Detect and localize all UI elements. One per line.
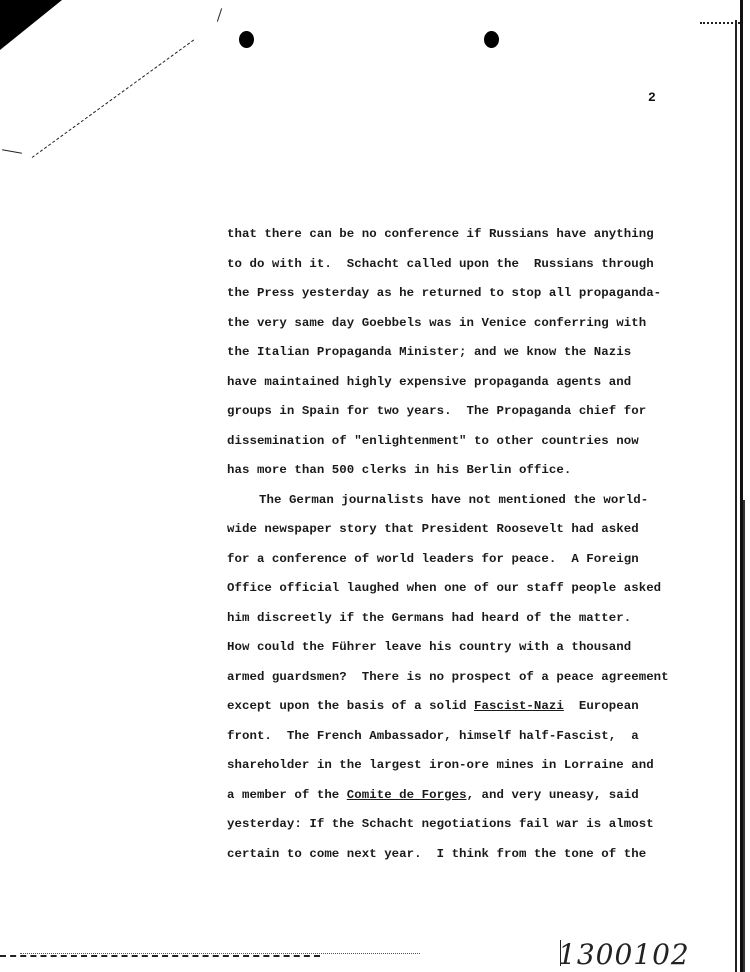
text-line: him discreetly if the Germans had heard … [227, 604, 667, 634]
text-line: certain to come next year. I think from … [227, 840, 667, 870]
paragraph-1: that there can be no conference if Russi… [227, 220, 667, 486]
bottom-edge-mark [0, 955, 320, 957]
text-line-with-underline: except upon the basis of a solid Fascist… [227, 692, 667, 722]
text-line: dissemination of "enlightenment" to othe… [227, 427, 667, 457]
text-line: armed guardsmen? There is no prospect of… [227, 663, 667, 693]
underlined-phrase: Fascist-Nazi [474, 699, 564, 713]
text-line: the Press yesterday as he returned to st… [227, 279, 667, 309]
page-edge-lower [743, 500, 745, 972]
page-number: 2 [648, 90, 656, 105]
typewritten-body: that there can be no conference if Russi… [227, 220, 667, 869]
folded-corner [0, 0, 62, 50]
text-line: groups in Spain for two years. The Propa… [227, 397, 667, 427]
punch-hole-left [239, 31, 254, 48]
archive-stamp-number: 1300102 [558, 938, 690, 971]
text-line: shareholder in the largest iron-ore mine… [227, 751, 667, 781]
text-line: the very same day Goebbels was in Venice… [227, 309, 667, 339]
text-line: front. The French Ambassador, himself ha… [227, 722, 667, 752]
fold-crease-tick [2, 149, 22, 153]
text-line: yesterday: If the Schacht negotiations f… [227, 810, 667, 840]
top-edge-mark [700, 22, 740, 24]
text-line: wide newspaper story that President Roos… [227, 515, 667, 545]
text-line: for a conference of world leaders for pe… [227, 545, 667, 575]
fold-crease-line [32, 40, 194, 158]
text-line: How could the Führer leave his country w… [227, 633, 667, 663]
text-line: The German journalists have not mentione… [227, 486, 667, 516]
underlined-phrase: Comite de Forges [347, 788, 467, 802]
pencil-mark [217, 8, 222, 22]
bottom-edge-dotted [20, 953, 420, 954]
paragraph-2: The German journalists have not mentione… [227, 486, 667, 870]
text-line: Office official laughed when one of our … [227, 574, 667, 604]
page-edge-inner [735, 20, 737, 972]
text-line: the Italian Propaganda Minister; and we … [227, 338, 667, 368]
text-line: has more than 500 clerks in his Berlin o… [227, 456, 667, 486]
text-line: to do with it. Schacht called upon the R… [227, 250, 667, 280]
punch-hole-right [484, 31, 499, 48]
text-line: that there can be no conference if Russi… [227, 220, 667, 250]
text-line-with-underline: a member of the Comite de Forges, and ve… [227, 781, 667, 811]
text-line: have maintained highly expensive propaga… [227, 368, 667, 398]
